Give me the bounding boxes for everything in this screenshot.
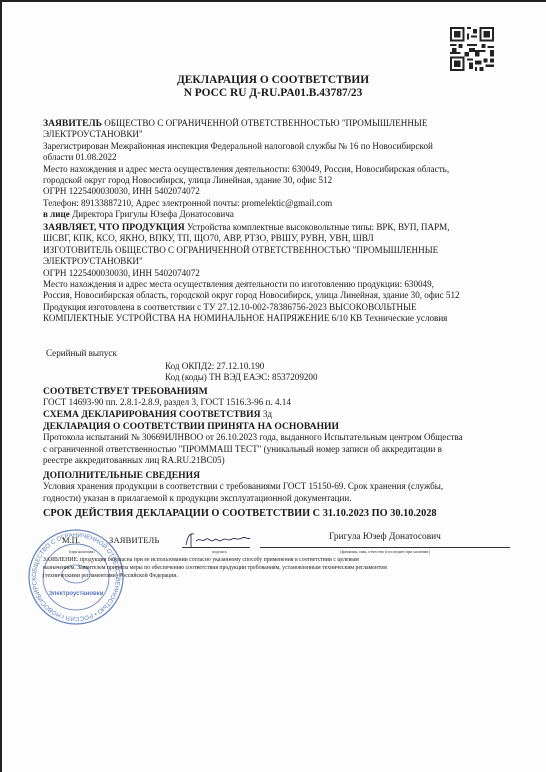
basis-text-1: Протокола испытаний № 30669ИЛНВОО от 26.… [43,432,513,443]
name-caption: (фамилия, имя, отчество (последнее при н… [260,549,510,554]
name-line [260,547,510,548]
applicant-ogrn-inn: ОГРН 1225400030030, ИНН 5402074072 [43,186,513,197]
applicant-name: ОБЩЕСТВО С ОГРАНИЧЕННОЙ ОТВЕТСТВЕННОСТЬЮ… [102,118,427,128]
basis-text-2: с ограниченной ответственностью "ПРОММАШ… [43,444,513,455]
applicant-person: Директора Григулы Юзефа Донатосовича [70,209,234,219]
applicant-label: ЗАЯВИТЕЛЬ [43,118,102,129]
additional-section: ДОПОЛНИТЕЛЬНЫЕ СВЕДЕНИЯ Условия хранения… [43,470,513,504]
validity-section: СРОК ДЕЙСТВИЯ ДЕКЛАРАЦИИ О СООТВЕТСТВИИ … [43,508,513,519]
signature-caption: подпись [212,549,227,554]
document-title: ДЕКЛАРАЦИЯ О СООТВЕТСТВИИ [0,74,546,87]
product-description: Устройства комплектные высоковольтные ти… [185,222,450,232]
statement-line-2: назначением. Заявителем приняты меры по … [43,564,503,572]
production-address: Место нахождения и адрес места осуществл… [43,279,513,290]
tn-ved-code: Код (коды) ТН ВЭД ЕАЭС: 8537209200 [43,372,513,383]
statement-line-1: ЗАЯВЛЕНИЕ: продукция безопасна при ее ис… [43,556,503,564]
validity-period: СРОК ДЕЙСТВИЯ ДЕКЛАРАЦИИ О СООТВЕТСТВИИ … [43,508,513,519]
person-label: в лице [43,209,70,219]
applicant-address-cont: городской округ город Новосибирск, улица… [43,175,513,186]
codes-section: Код ОКПД2: 27.12.10.190 Код (коды) ТН ВЭ… [43,361,513,384]
declaration-number: N РОСС RU Д-RU.PA01.B.43787/23 [0,87,546,100]
applicant-statement: ЗАЯВЛЕНИЕ: продукция безопасна при ее ис… [43,556,503,580]
applicant-section: ЗАЯВИТЕЛЬ ОБЩЕСТВО С ОГРАНИЧЕННОЙ ОТВЕТС… [43,118,513,221]
qr-code-icon [450,27,494,71]
product-types: ШСВГ, КПК, КСО, ЯКНО, ВПКУ, ТП, ЩО70, АВ… [43,233,513,244]
registration-date: области 01.08.2022 [43,152,513,163]
production-address-cont: Россия, Новосибирская область, городской… [43,290,513,301]
signer-name: Григула Юзеф Донатосович [260,532,510,542]
release-text: Серийный выпуск [46,348,516,359]
statement-line-3: (техническими регламентами) Российской Ф… [43,572,503,580]
requirements-section: СООТВЕТСТВУЕТ ТРЕБОВАНИЯМ ГОСТ 14693-90 … [43,386,513,420]
basis-text-3: реестре аккредитованных лиц RA.RU.21BC05… [43,455,513,466]
seal-label: М.П. [62,535,80,545]
product-spec: Продукция изготовлена в соответствии с Т… [43,302,513,313]
additional-text-1: Условия хранения продукции в соответстви… [43,481,513,492]
applicant-name-cont: ЭЛЕКТРОУСТАНОВКИ" [43,129,513,140]
manufacturer: ИЗГОТОВИТЕЛЬ ОБЩЕСТВО С ОГРАНИЧЕННОЙ ОТВ… [43,245,513,256]
okpd2-code: Код ОКПД2: 27.12.10.190 [43,361,513,372]
product-spec-cont: КОМПЛЕКТНЫЕ УСТРОЙСТВА НА НОМИНАЛЬНОЕ НА… [43,313,513,324]
declaration-page: ДЕКЛАРАЦИЯ О СООТВЕТСТВИИ N РОСС RU Д-RU… [0,0,546,772]
product-section: ЗАЯВЛЯЕТ, ЧТО ПРОДУКЦИЯ Устройства компл… [43,222,513,325]
additional-label: ДОПОЛНИТЕЛЬНЫЕ СВЕДЕНИЯ [43,470,513,481]
manufacturer-cont: ЭЛЕКТРОУСТАНОВКИ" [43,256,513,267]
requirements-label: СООТВЕТСТВУЕТ ТРЕБОВАНИЯМ [43,386,513,397]
registration-info: Зарегистрирован Межрайонная инспекция Фе… [43,141,513,152]
manufacturer-ogrn-inn: ОГРН 1225400030030, ИНН 5402074072 [43,268,513,279]
basis-section: ДЕКЛАРАЦИЯ О СООТВЕТСТВИИ ПРИНЯТА НА ОСН… [43,421,513,467]
svg-text:Электроустановки: Электроустановки [49,591,104,597]
release-type: Серийный выпуск [46,348,516,359]
product-label: ЗАЯВЛЯЕТ, ЧТО ПРОДУКЦИЯ [43,222,185,233]
applicant-sign-label: ЗАЯВИТЕЛЬ [109,535,160,545]
basis-label: ДЕКЛАРАЦИЯ О СООТВЕТСТВИИ ПРИНЯТА НА ОСН… [43,421,513,432]
applicant-contacts: Телефон: 89133887210, Адрес электронной … [43,198,513,209]
scheme-label: СХЕМА ДЕКЛАРИРОВАНИЯ СООТВЕТСТВИЯ [43,409,261,420]
requirements-text: ГОСТ 14693-90 пп. 2.8.1-2.8.9, раздел 3,… [43,397,513,408]
scheme-value: 3д [261,409,272,419]
signature-line [182,547,250,548]
additional-text-2: годности) указан в прилагаемой к продукц… [43,493,513,504]
seal-caption: (при наличии) [69,549,94,554]
applicant-address: Место нахождения и адрес места осуществл… [43,164,513,175]
